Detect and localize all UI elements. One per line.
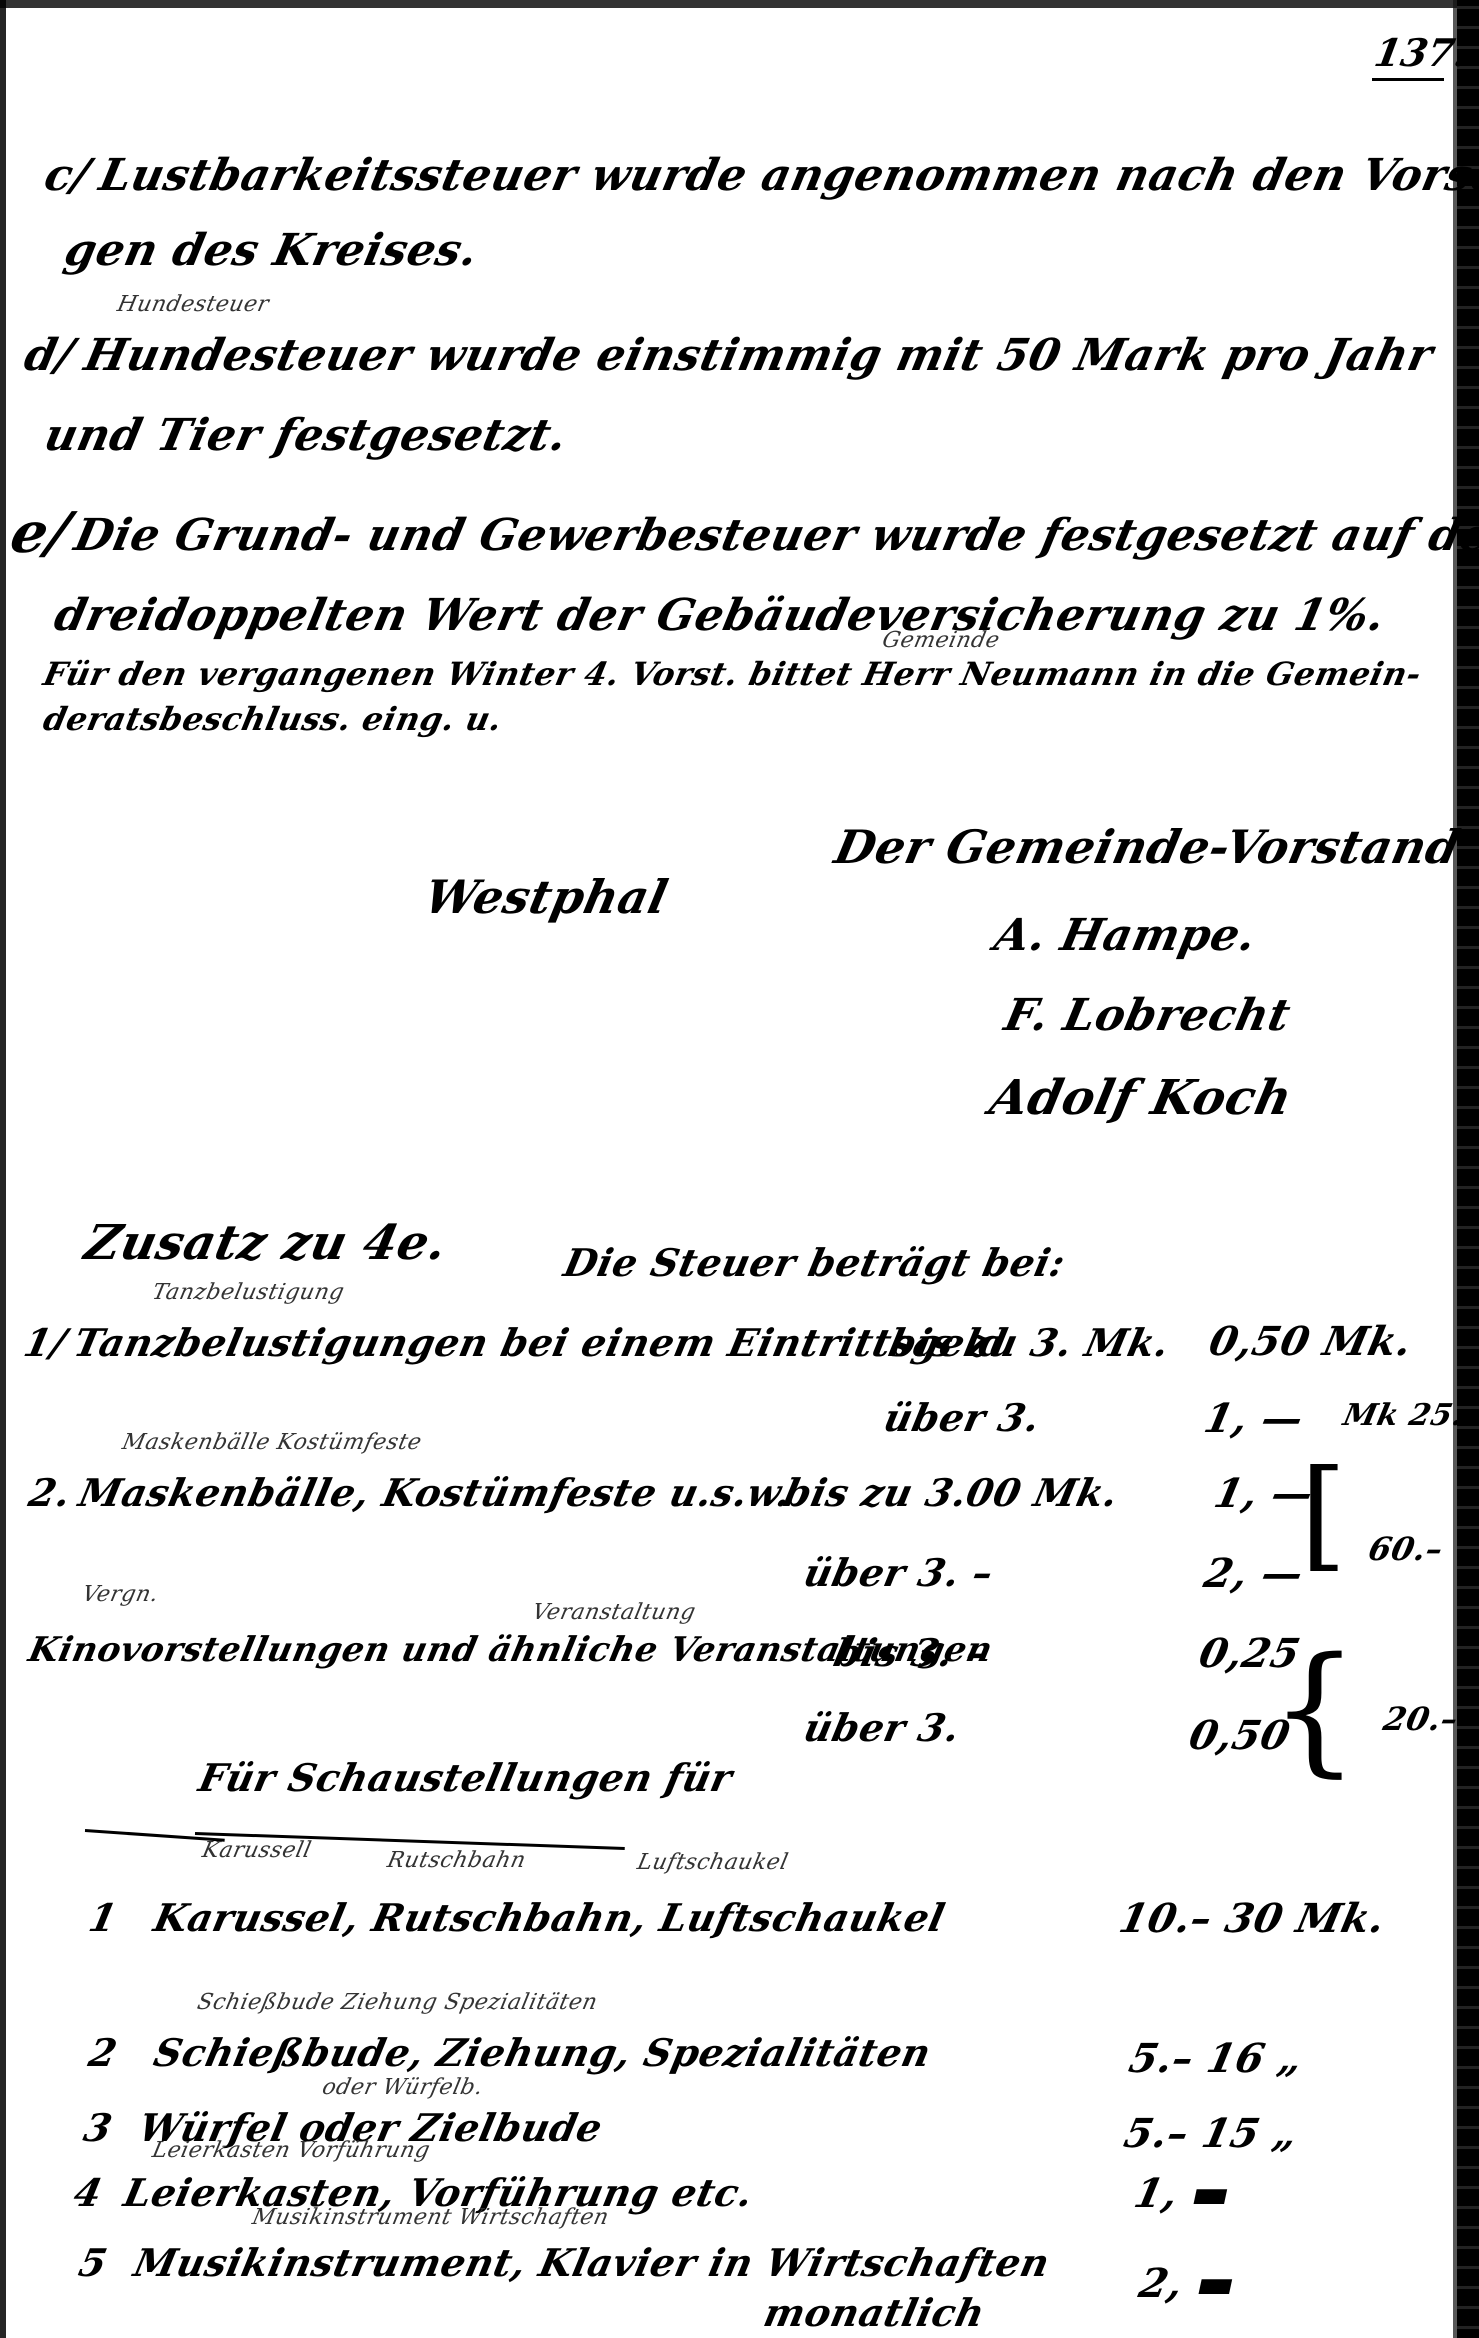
- fee-5-label: Musikinstrument, Klavier in Wirtschaften: [130, 2240, 1054, 2285]
- fee-2-annotation: Schießbude Ziehung Spezialitäten: [195, 1990, 600, 2015]
- fee-4-amount: 1, ▬: [1130, 2170, 1235, 2217]
- addendum-item-1-annotation: Tanzbelustigung: [150, 1280, 347, 1305]
- fee-1-amount: 10.– 30 Mk.: [1115, 1895, 1390, 1942]
- addendum-item-1-row-1-condition: bis zu 3. Mk.: [885, 1320, 1174, 1365]
- para-e-line-1: Die Grund- und Gewerbesteuer wurde festg…: [70, 510, 1479, 561]
- addendum-item-3-group-amount: 20.–: [1380, 1700, 1462, 1738]
- fee-2-label: Schießbude, Ziehung, Spezialitäten: [150, 2030, 935, 2075]
- addendum-item-1-row-2-condition: über 3.: [880, 1395, 1044, 1440]
- addendum-item-3-row-2-condition: über 3.: [800, 1705, 964, 1750]
- addendum-intro: Die Steuer beträgt bei:: [560, 1240, 1070, 1285]
- addendum-item-2-group-amount: 60.–: [1365, 1530, 1447, 1568]
- addendum-item-1-row-1-amount: 0,50 Mk.: [1205, 1318, 1416, 1365]
- fees-annotation-2: Rutschbahn: [385, 1848, 528, 1873]
- fee-2-amount: 5.– 16 „: [1125, 2035, 1307, 2082]
- fee-4-annotation: Leierkasten Vorführung: [150, 2138, 432, 2163]
- addendum-item-1-marker: 1/: [20, 1320, 71, 1365]
- para-e-note-line-1: Für den vergangenen Winter 4. Vorst. bit…: [40, 655, 1425, 693]
- addendum-item-3-bracket: {: [1270, 1640, 1359, 1780]
- addendum-item-3-row-1-condition: bis 3. –: [830, 1630, 991, 1675]
- addendum-item-2-bracket: [: [1300, 1455, 1347, 1575]
- page-number-underline: [1372, 78, 1444, 81]
- addendum-item-2-marker: 2.: [25, 1470, 75, 1515]
- para-d-line-2: und Tier festgesetzt.: [40, 410, 572, 461]
- fee-1-number: 1: [85, 1895, 122, 1940]
- para-d-annotation: Hundesteuer: [115, 292, 271, 317]
- addendum-item-2-row-1-condition: bis zu 3.00 Mk.: [780, 1470, 1123, 1515]
- signature-left: Westphal: [420, 870, 673, 924]
- fee-5-label-cont: monatlich: [760, 2290, 989, 2335]
- para-e-line-2: dreidoppelten Wert der Gebäudeversicheru…: [50, 590, 1390, 641]
- para-c-line-1: Lustbarkeitssteuer wurde angenommen nach…: [95, 150, 1479, 201]
- fees-annotation-3: Luftschaukel: [635, 1850, 791, 1875]
- para-c-line-2: gen des Kreises.: [60, 225, 483, 276]
- addendum-item-2-annotation: Maskenbälle Kostümfeste: [120, 1430, 424, 1455]
- fee-2-number: 2: [85, 2030, 122, 2075]
- scan-top-edge: [0, 0, 1479, 8]
- addendum-item-2-row-2-condition: über 3. –: [800, 1550, 998, 1595]
- signature-3: Adolf Koch: [985, 1070, 1297, 1126]
- signature-1: A. Hampe.: [990, 910, 1261, 961]
- para-e-note-annotation: Gemeinde: [880, 628, 1002, 653]
- fee-5-amount: 2, ▬: [1135, 2260, 1240, 2307]
- fees-annotation-1: Karussell: [200, 1838, 314, 1863]
- addendum-item-1-label: Tanzbelustigungen bei einem Eintrittsgel…: [70, 1320, 1012, 1365]
- addendum-item-3-annotation-b: Veranstaltung: [530, 1600, 698, 1625]
- para-d-marker: d/: [20, 330, 79, 381]
- page-number: 137.: [1371, 30, 1471, 75]
- document-page: 137. c/ Lustbarkeitssteuer wurde angenom…: [0, 0, 1479, 2338]
- para-d-line-1: Hundesteuer wurde einstimmig mit 50 Mark…: [80, 330, 1438, 381]
- fee-5-number: 5: [75, 2240, 112, 2285]
- fee-4-number: 4: [70, 2170, 107, 2215]
- signature-heading: Der Gemeinde-Vorstand.: [830, 820, 1479, 874]
- para-c-marker: c/: [40, 150, 95, 201]
- para-e-marker: e/: [5, 500, 76, 566]
- scan-left-edge: [0, 0, 6, 2338]
- addendum-item-3-annotation-a: Vergn.: [80, 1582, 161, 1607]
- signature-2: F. Lobrecht: [1000, 990, 1295, 1041]
- fee-3-number: 3: [80, 2105, 117, 2150]
- fee-5-annotation: Musikinstrument Wirtschaften: [250, 2205, 611, 2230]
- fees-title: Für Schaustellungen für: [195, 1755, 737, 1800]
- fee-3-annotation: oder Würfelb.: [320, 2075, 485, 2100]
- fee-1-label: Karussel, Rutschbahn, Luftschaukel: [150, 1895, 949, 1940]
- addendum-item-2-label: Maskenbälle, Kostümfeste u.s.w.: [75, 1470, 796, 1515]
- fee-3-amount: 5.– 15 „: [1120, 2110, 1302, 2157]
- addendum-item-2-row-2-amount: 2, —: [1200, 1550, 1308, 1597]
- para-e-note-line-2: deratsbeschluss. eing. u.: [40, 700, 506, 738]
- addendum-title: Zusatz zu 4e.: [80, 1215, 452, 1271]
- book-binding: [1457, 0, 1479, 2338]
- addendum-item-1-group-amount: Mk 25.–: [1340, 1398, 1479, 1433]
- addendum-item-1-row-2-amount: 1, —: [1200, 1395, 1308, 1442]
